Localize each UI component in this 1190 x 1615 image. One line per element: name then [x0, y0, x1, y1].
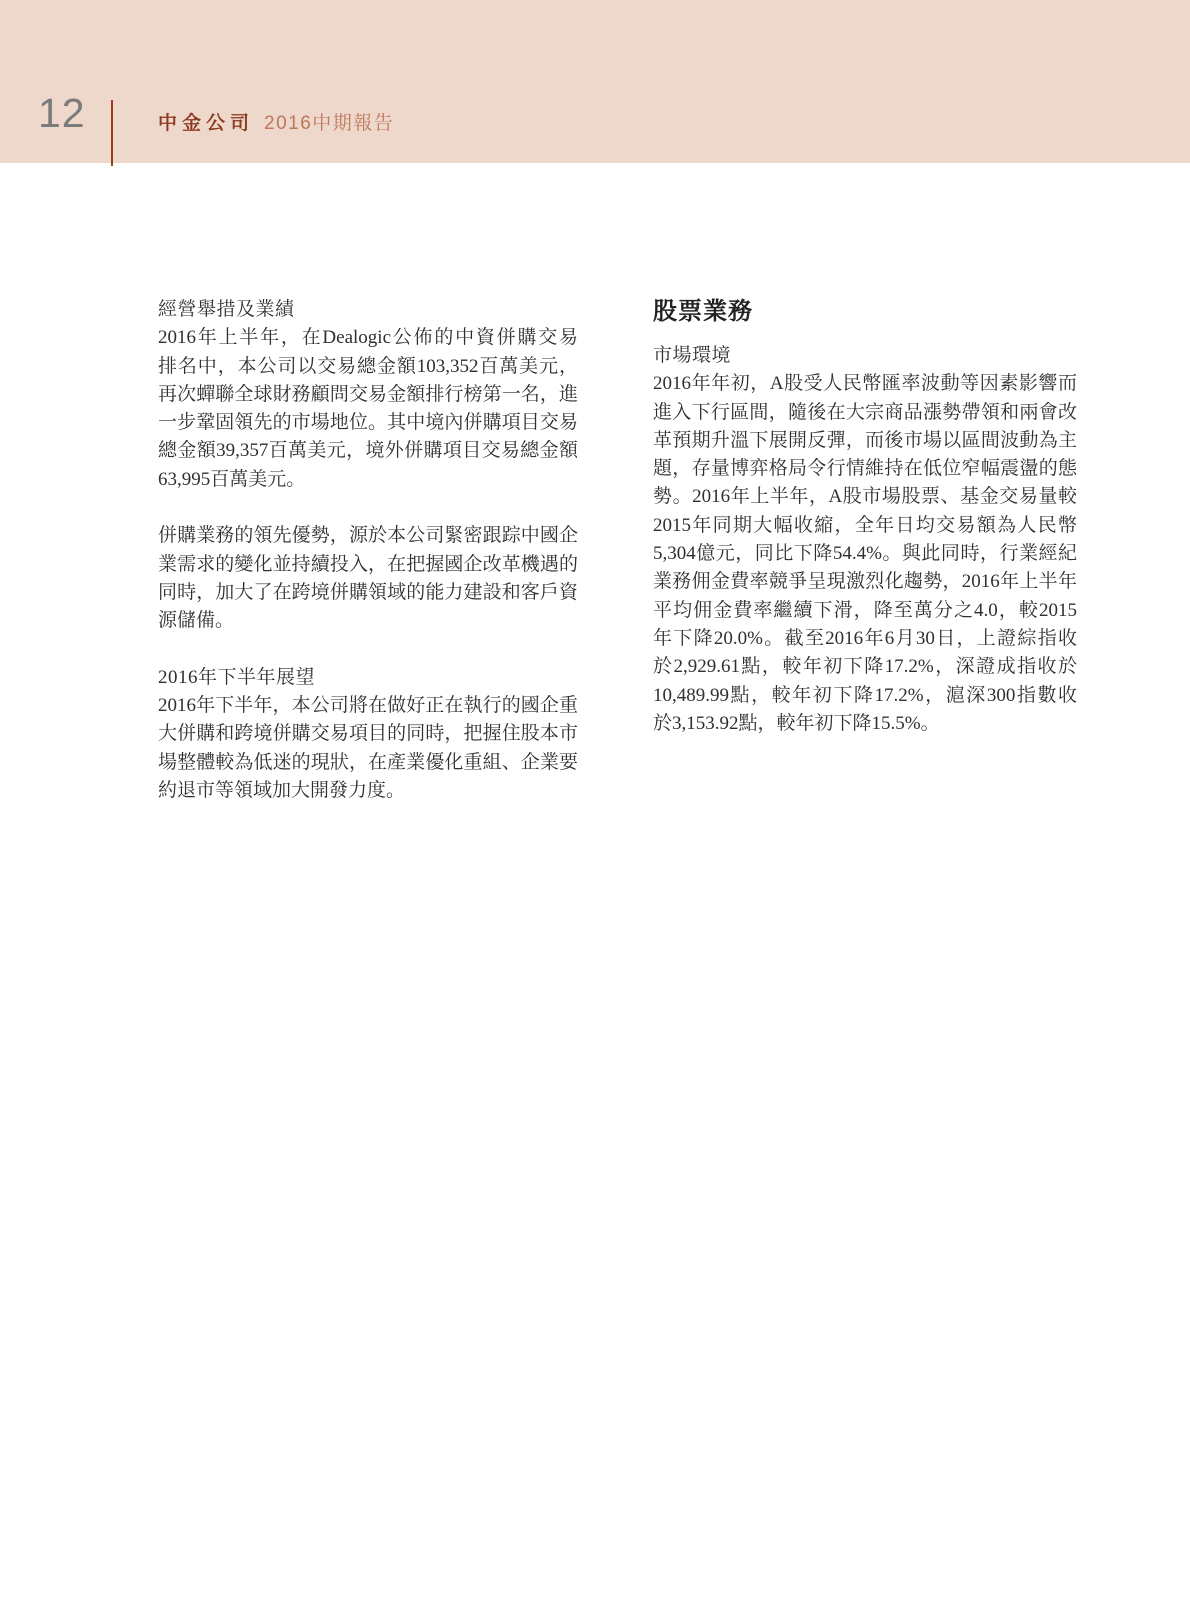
- text-line: 2016年上半年，在Dealogic公佈的中資併購交易: [158, 324, 578, 352]
- company-name: 中金公司: [158, 113, 254, 134]
- text-line: 進入下行區間，隨後在大宗商品漲勢帶領和兩會改: [653, 399, 1077, 427]
- header-brand: 中金公司2016中期報告: [158, 113, 394, 136]
- text-line: 2016年下半年，本公司將在做好正在執行的國企重: [158, 692, 578, 720]
- text-line: 業需求的變化並持續投入，在把握國企改革機遇的: [158, 551, 578, 579]
- text-line: 業務佣金費率競爭呈現激烈化趨勢，2016年上半年: [653, 568, 1077, 596]
- text-line: 一步鞏固領先的市場地位。其中境內併購項目交易: [158, 409, 578, 437]
- text-line: 2015年同期大幅收縮，全年日均交易額為人民幣: [653, 512, 1077, 540]
- text-line: 題，存量博弈格局令行情維持在低位窄幅震盪的態: [653, 455, 1077, 483]
- text-line: 63,995百萬美元。: [158, 466, 578, 494]
- text-line: 於2,929.61點，較年初下降17.2%，深證成指收於: [653, 653, 1077, 681]
- text-line: 再次蟬聯全球財務顧問交易金額排行榜第一名，進: [158, 381, 578, 409]
- text-line: 排名中，本公司以交易總金額103,352百萬美元，: [158, 353, 578, 381]
- text-line: 總金額39,357百萬美元，境外併購項目交易總金額: [158, 437, 578, 465]
- text-line: 年下降20.0%。截至2016年6月30日，上證綜指收: [653, 625, 1077, 653]
- section-heading-outlook: 2016年下半年展望: [158, 664, 578, 692]
- text-line: 約退市等領域加大開發力度。: [158, 777, 578, 805]
- text-line: 大併購和跨境併購交易項目的同時，把握住股本市: [158, 720, 578, 748]
- text-line: 革預期升溫下展開反彈，而後市場以區間波動為主: [653, 427, 1077, 455]
- text-line: 同時，加大了在跨境併購領域的能力建設和客戶資: [158, 579, 578, 607]
- left-column: 經營舉措及業績 2016年上半年，在Dealogic公佈的中資併購交易排名中，本…: [158, 296, 578, 805]
- text-line: 場整體較為低迷的現狀，在產業優化重組、企業要: [158, 749, 578, 777]
- report-title: 2016中期報告: [264, 113, 394, 134]
- text-line: 2016年年初，A股受人民幣匯率波動等因素影響而: [653, 370, 1077, 398]
- text-line: 5,304億元，同比下降54.4%。與此同時，行業經紀: [653, 540, 1077, 568]
- paragraph-ma-advantage: 併購業務的領先優勢，源於本公司緊密跟踪中國企業需求的變化並持續投入，在把握國企改…: [158, 522, 578, 635]
- section-title-equities: 股票業務: [653, 296, 1077, 328]
- page-number: 12: [38, 93, 86, 134]
- text-line: 10,489.99點，較年初下降17.2%，滬深300指數收: [653, 682, 1077, 710]
- text-line: 併購業務的領先優勢，源於本公司緊密跟踪中國企: [158, 522, 578, 550]
- header-divider: [111, 100, 113, 166]
- text-line: 於3,153.92點，較年初下降15.5%。: [653, 710, 1077, 738]
- text-line: 源儲備。: [158, 607, 578, 635]
- page: { "colors": { "banner_bg": "#eed7cb", "p…: [0, 0, 1190, 1615]
- paragraph-ma-ranking: 2016年上半年，在Dealogic公佈的中資併購交易排名中，本公司以交易總金額…: [158, 324, 578, 494]
- section-heading-market: 市場環境: [653, 342, 1077, 370]
- paragraph-outlook: 2016年下半年，本公司將在做好正在執行的國企重大併購和跨境併購交易項目的同時，…: [158, 692, 578, 805]
- paragraph-market-environment: 2016年年初，A股受人民幣匯率波動等因素影響而進入下行區間，隨後在大宗商品漲勢…: [653, 370, 1077, 738]
- right-column: 股票業務 市場環境 2016年年初，A股受人民幣匯率波動等因素影響而進入下行區間…: [653, 296, 1077, 738]
- section-heading-operations: 經營舉措及業績: [158, 296, 578, 324]
- text-line: 平均佣金費率繼續下滑，降至萬分之4.0，較2015: [653, 597, 1077, 625]
- header-banner: 12 中金公司2016中期報告: [0, 0, 1190, 163]
- text-line: 勢。2016年上半年，A股市場股票、基金交易量較: [653, 483, 1077, 511]
